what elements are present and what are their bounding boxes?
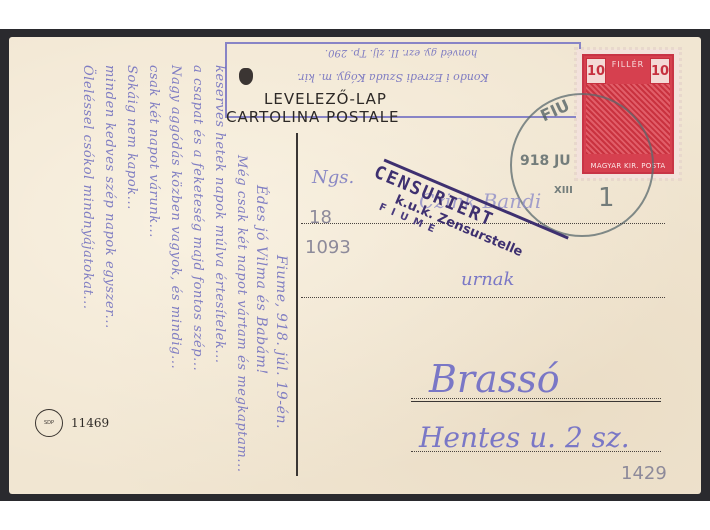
- address-line-3: [411, 398, 661, 399]
- address-title: urnak: [461, 269, 514, 290]
- message-dateline: Fiume, 918. júl. 19-én.: [273, 255, 289, 429]
- printer-logo-icon: SDP: [35, 409, 63, 437]
- address-line-2: [301, 297, 665, 298]
- address-line-3-underline: [411, 401, 661, 402]
- message-greeting: Édes jó Vilma és Babám!: [253, 185, 269, 375]
- message-line: Sokáig nem kapok...: [124, 65, 139, 210]
- stamp-value-left: 10: [586, 58, 606, 84]
- stamp-value-right: 10: [650, 58, 670, 84]
- pencil-note-2: 1093: [305, 237, 351, 258]
- message-line: keserves hetek napok múlva értesítelek..…: [212, 65, 227, 364]
- address-street: Hentes u. 2 sz.: [419, 421, 630, 454]
- postmark: FIU 918 JU XIII 1: [510, 93, 654, 237]
- printer-mark: SDP 11469: [35, 409, 109, 437]
- pencil-note-3: 1429: [621, 463, 667, 484]
- address-city: Brassó: [429, 357, 560, 401]
- stamp-top-label: FILLÉR: [608, 60, 648, 69]
- postmark-time: XIII: [554, 185, 573, 196]
- message-line: a csapat és a feketeség majd fontos szép…: [190, 65, 205, 371]
- message-line: minden kedves szép napok egyszer...: [102, 65, 117, 329]
- message-line: Még csak két napot vártam és megkaptam..…: [234, 155, 249, 473]
- postcard: Kondo i Ezredi Szuda Kógy. m. kir. honvé…: [9, 37, 701, 494]
- message-line: Nagy aggódás közben vagyok, és mindig...: [168, 65, 183, 369]
- address-salutation: Ngs.: [312, 167, 354, 188]
- message-line: Öleléssel csókol mindnyájatokat...: [80, 65, 95, 310]
- censor-box-note-line2: honvéd gy. ezr. II. zlj. Tp. 290.: [325, 47, 477, 58]
- postmark-number: 1: [598, 183, 615, 213]
- postmark-date: 918 JU: [520, 153, 571, 169]
- printer-number: 11469: [71, 416, 109, 430]
- pencil-note-1: 18: [309, 207, 332, 228]
- censor-box-note-line1: Kondo i Ezredi Szuda Kógy. m. kir.: [297, 71, 488, 84]
- message-line: csak két napot várunk...: [146, 65, 161, 238]
- address-line-4: [411, 451, 661, 452]
